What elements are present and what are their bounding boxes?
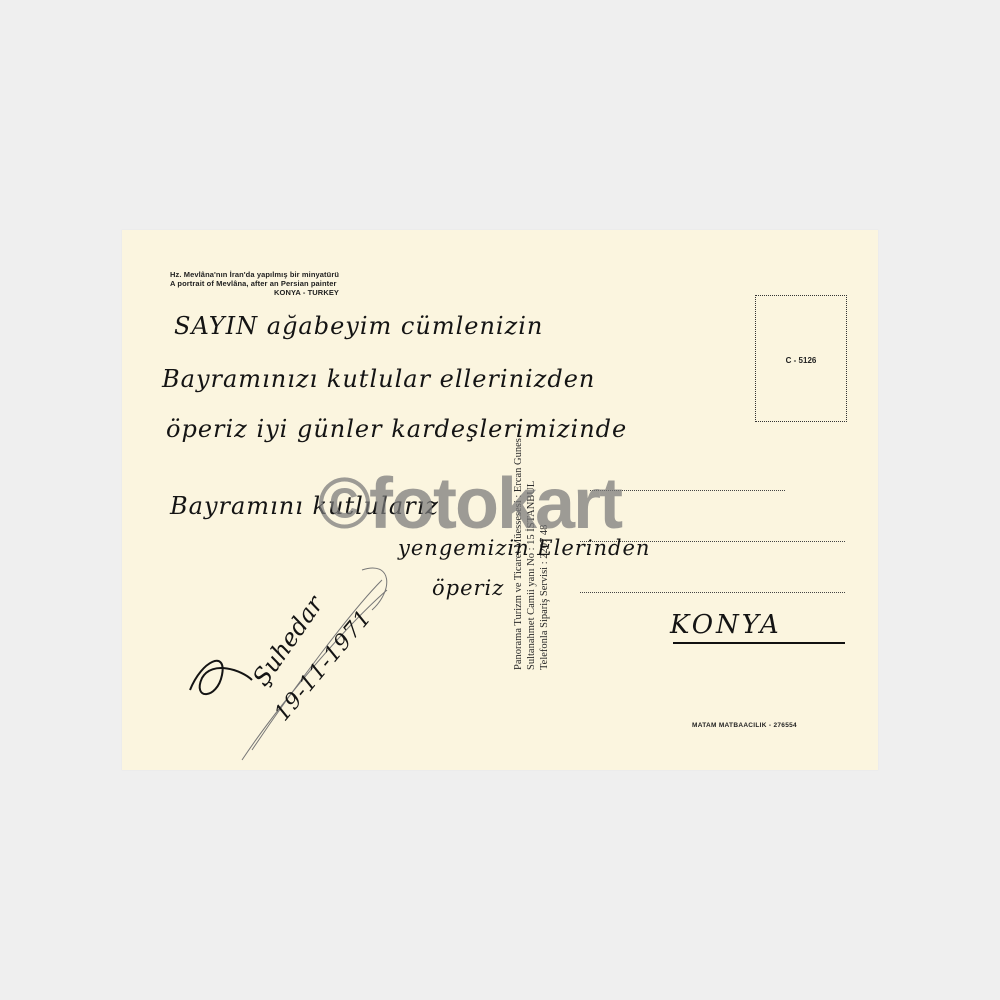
caption-location: KONYA - TURKEY xyxy=(170,288,339,297)
printer-credit: MATAM MATBAACILIK - 276554 xyxy=(692,722,797,729)
message-line-1: SAYIN ağabeyim cümlenizin xyxy=(174,312,543,340)
address-underline xyxy=(673,642,845,644)
postcard-caption: Hz. Mevlâna'nın İran'da yapılmış bir min… xyxy=(170,270,339,297)
message-line-3: öperiz iyi günler kardeşlerimizinde xyxy=(166,415,627,443)
watermark: ©fotokart xyxy=(318,468,621,540)
address-city: KONYA xyxy=(670,610,782,640)
stamp-code: C - 5126 xyxy=(756,356,846,365)
message-line-2: Bayramınızı kutlular ellerinizden xyxy=(162,365,595,393)
caption-english: A portrait of Mevlâna, after an Persian … xyxy=(170,279,339,288)
message-line-6: öperiz xyxy=(432,576,504,600)
address-line-3 xyxy=(580,592,845,593)
caption-turkish: Hz. Mevlâna'nın İran'da yapılmış bir min… xyxy=(170,270,339,279)
stamp-box: C - 5126 xyxy=(755,295,847,422)
